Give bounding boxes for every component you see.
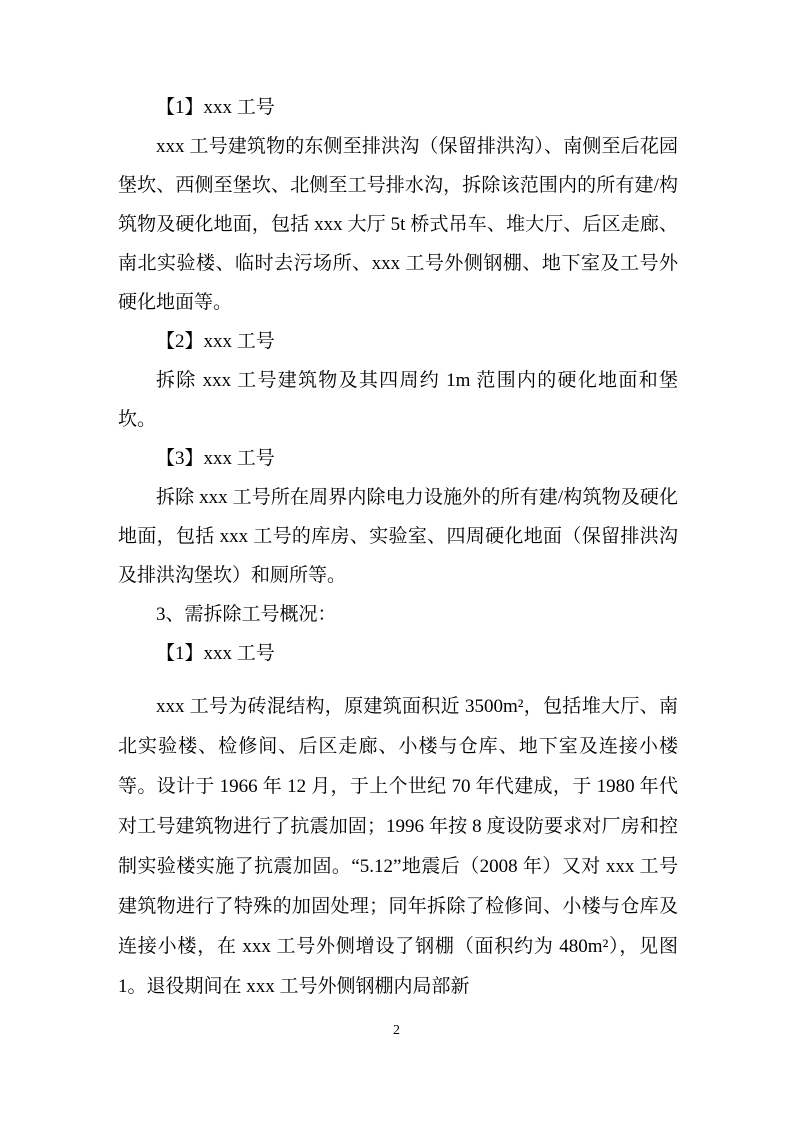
section-heading-2: 【2】xxx 工号 — [118, 322, 678, 361]
page-body-text: 【1】xxx 工号 xxx 工号建筑物的东侧至排洪沟（保留排洪沟）、南侧至后花园… — [118, 88, 678, 1007]
section-heading-1: 【1】xxx 工号 — [118, 88, 678, 127]
page-number: 2 — [0, 1020, 793, 1042]
paragraph-scope-1: xxx 工号建筑物的东侧至排洪沟（保留排洪沟）、南侧至后花园堡坎、西侧至堡坎、北… — [118, 127, 678, 322]
paragraph-scope-3: 拆除 xxx 工号所在周界内除电力设施外的所有建/构筑物及硬化地面，包括 xxx… — [118, 478, 678, 595]
section-heading-3: 【3】xxx 工号 — [118, 439, 678, 478]
document-page: 【1】xxx 工号 xxx 工号建筑物的东侧至排洪沟（保留排洪沟）、南侧至后花园… — [0, 0, 793, 1122]
paragraph-overview-detail: xxx 工号为砖混结构，原建筑面积近 3500m²，包括堆大厅、南北实验楼、检修… — [118, 687, 678, 1007]
section-heading-overview-1: 【1】xxx 工号 — [118, 634, 678, 673]
paragraph-scope-2: 拆除 xxx 工号建筑物及其四周约 1m 范围内的硬化地面和堡坎。 — [118, 361, 678, 439]
list-item-overview: 3、需拆除工号概况： — [118, 595, 678, 634]
